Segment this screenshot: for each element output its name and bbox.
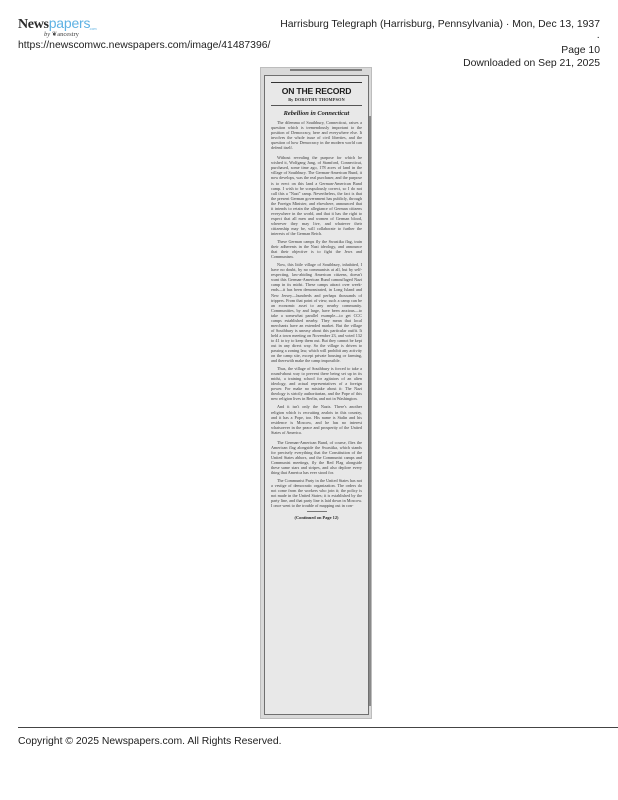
- page-header: Newspapers .com by ❦ancestry https://new…: [0, 0, 618, 62]
- copyright-notice: Copyright © 2025 Newspapers.com. All Rig…: [18, 736, 282, 747]
- article-paragraph: Without revealing the purpose for which …: [271, 155, 362, 236]
- author-byline: By DOROTHY THOMPSON: [271, 97, 362, 102]
- article-paragraph: Now, this little village of Southbury, i…: [271, 262, 362, 363]
- logo-papers-text: papers: [49, 15, 91, 31]
- column-masthead: ON THE RECORD By DOROTHY THOMPSON: [271, 82, 362, 102]
- article-paragraph: The German-American Bund, of course, fli…: [271, 440, 362, 475]
- article-paragraph: Thus, the village of Southbury is forced…: [271, 366, 362, 401]
- footer-divider: [18, 727, 618, 728]
- article-body: The dilemma of Southbury, Connecticut, r…: [265, 120, 368, 508]
- logo-by-text: by: [44, 31, 50, 38]
- column-title: ON THE RECORD: [271, 86, 362, 96]
- page-number: Page 10: [280, 44, 600, 57]
- continued-note: (Continued on Page 12): [265, 515, 368, 520]
- article-paragraph: The Communist Party in the United States…: [271, 478, 362, 508]
- article-headline: Rebellion in Connecticut: [265, 110, 368, 117]
- column-rule: [369, 116, 371, 706]
- article-paragraph: And it isn't only the Nazis. There's ano…: [271, 404, 362, 434]
- logo-com-text: .com: [89, 27, 97, 31]
- logo-byline: by ❦ancestry: [44, 30, 79, 38]
- masthead-divider: [271, 105, 362, 106]
- clip-top-fragment: [290, 69, 362, 71]
- newspaper-clipping: ON THE RECORD By DOROTHY THOMPSON Rebell…: [260, 67, 372, 719]
- article-paragraph: The dilemma of Southbury, Connecticut, r…: [271, 120, 362, 150]
- publication-line: Harrisburg Telegraph (Harrisburg, Pennsy…: [280, 18, 600, 44]
- logo-ancestry-text: ancestry: [57, 31, 79, 38]
- newspapers-logo[interactable]: Newspapers .com by ❦ancestry: [18, 15, 98, 37]
- article-column: ON THE RECORD By DOROTHY THOMPSON Rebell…: [264, 75, 369, 715]
- publication-meta: Harrisburg Telegraph (Harrisburg, Pennsy…: [280, 18, 600, 70]
- continued-divider: [307, 511, 327, 512]
- image-url[interactable]: https://newscomwc.newspapers.com/image/4…: [18, 40, 270, 51]
- article-paragraph: These German camps fly the Swastika flag…: [271, 239, 362, 259]
